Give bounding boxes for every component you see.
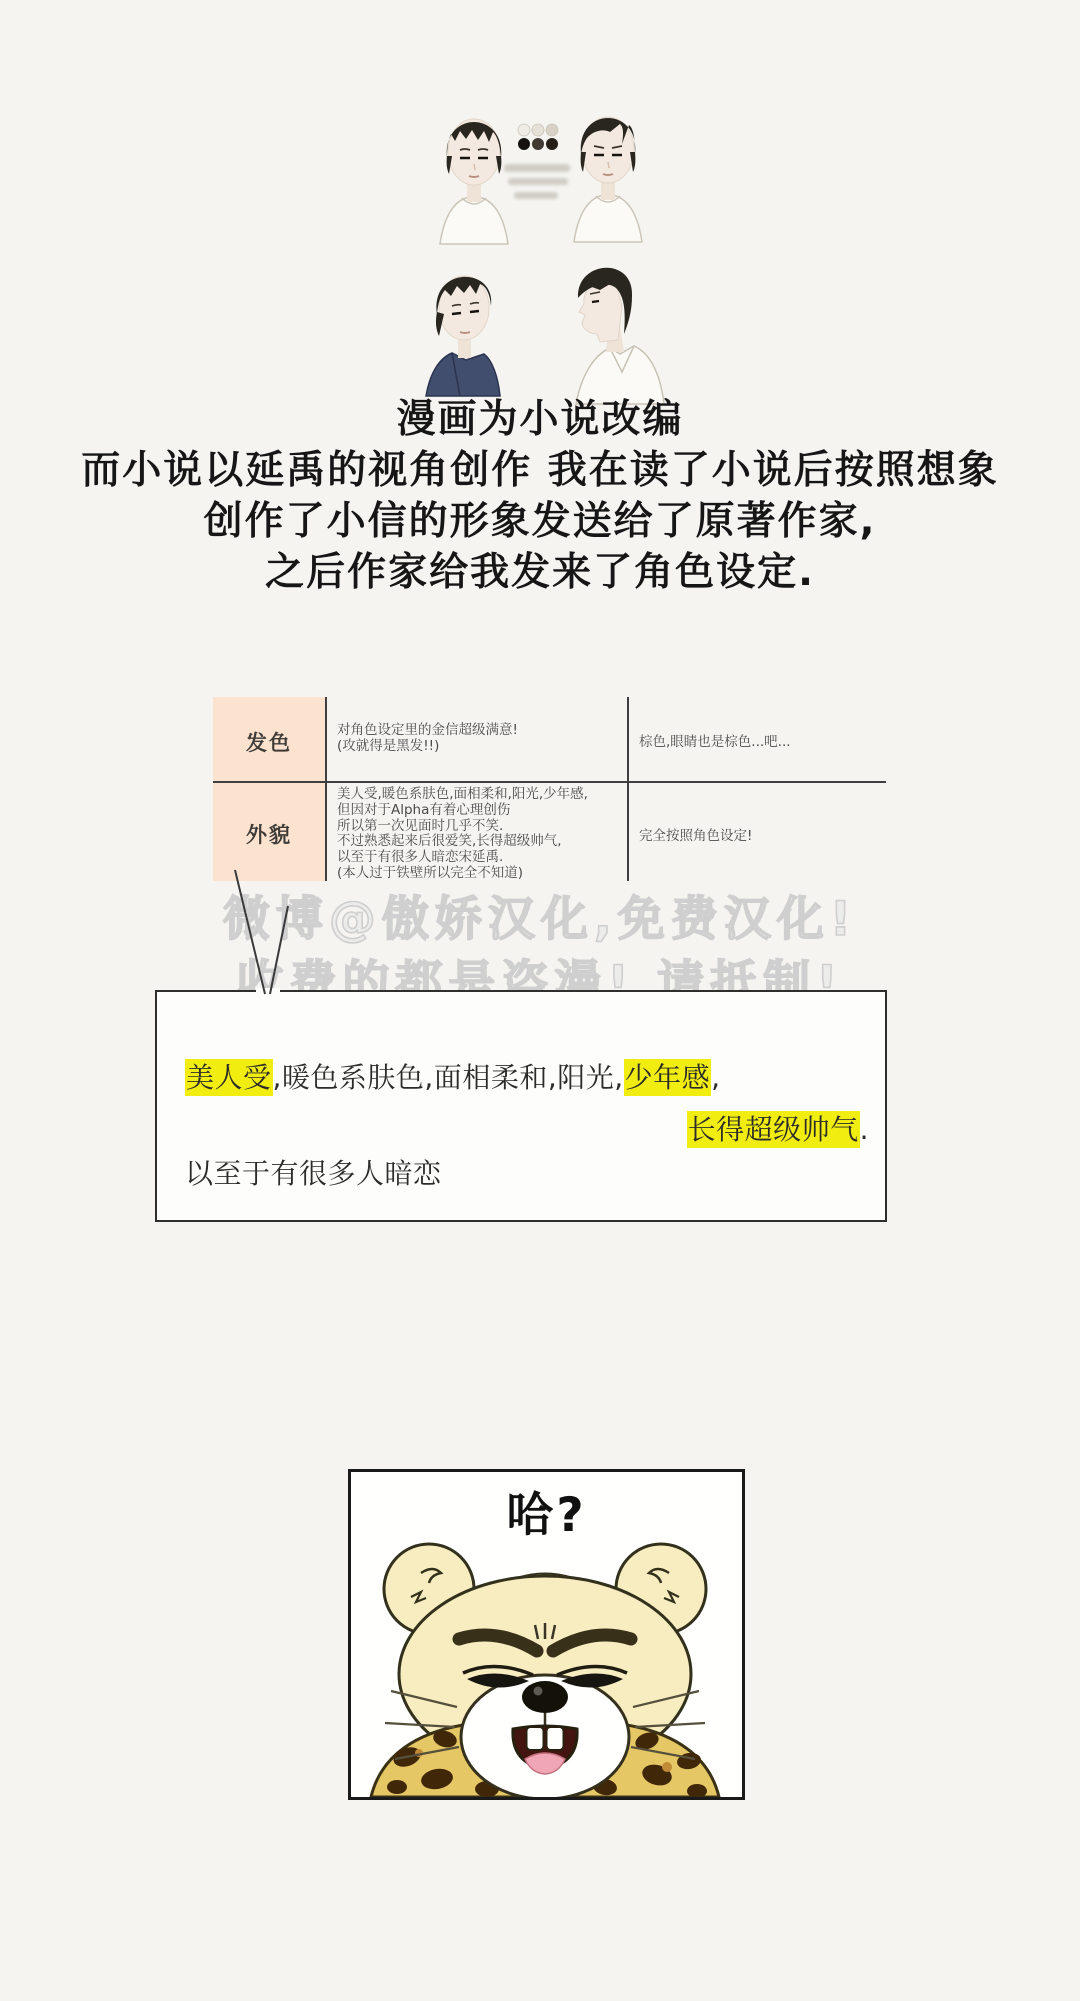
hair-color-comment: 对角色设定里的金信超级满意! (攻就得是黑发!!): [337, 723, 617, 755]
intro-line-3: 创作了小信的形象发送给了原著作家,: [0, 496, 1080, 547]
callout-tail-lines: [210, 858, 310, 998]
bear-tooth-right: [547, 1727, 564, 1750]
table-divider-vertical-1: [325, 697, 327, 881]
appearance-setting: 完全按照角色设定!: [639, 829, 879, 845]
table-header-hair-color: 发色: [213, 727, 325, 757]
character-settings-table: 发色 对角色设定里的金信超级满意! (攻就得是黑发!!) 棕色,眼睛也是棕色..…: [213, 697, 886, 881]
highlighted-text: 少年感: [624, 1059, 712, 1096]
intro-line-4: 之后作家给我发来了角色设定.: [0, 547, 1080, 598]
table-label-column: [213, 697, 325, 881]
comic-panel: 哈?: [348, 1469, 745, 1800]
bear-svg: [367, 1539, 723, 1797]
portrait-profile-white-shirt: [576, 268, 664, 404]
bear-nose: [522, 1681, 568, 1713]
portrait-front-bangs: [440, 119, 508, 244]
appearance-comment: 美人受,暖色系肤色,面相柔和,阳光,少年感, 但因对于Alpha有着心理创伤 所…: [337, 787, 622, 882]
character-design-sheet-illustration: [420, 86, 720, 406]
watermark-line-1: 微博@傲娇汉化,免费汉化!: [0, 882, 1080, 949]
intro-line-1: 漫画为小说改编: [0, 394, 1080, 445]
hair-color-setting: 棕色,眼睛也是棕色...吧...: [639, 735, 879, 751]
quote-box: 美人受,暖色系肤色,面相柔和,阳光,少年感, 长得超级帅气. 以至于有很多人暗恋: [155, 990, 887, 1222]
bear-character-illustration: [367, 1539, 723, 1797]
bear-tooth-left: [527, 1727, 544, 1750]
color-palette-dots: [518, 124, 558, 150]
comic-page: 漫画为小说改编 而小说以延禹的视角创作 我在读了小说后按照想象 创作了小信的形象…: [0, 0, 1080, 2001]
table-divider-horizontal: [213, 781, 886, 783]
portrait-three-quarter-navy: [426, 276, 500, 396]
intro-text-block: 漫画为小说改编 而小说以延禹的视角创作 我在读了小说后按照想象 创作了小信的形象…: [0, 394, 1080, 598]
quote-line-1: 美人受,暖色系肤色,面相柔和,阳光,少年感,: [185, 1056, 721, 1096]
table-divider-vertical-2: [627, 697, 629, 881]
speech-text: 哈?: [351, 1478, 742, 1545]
highlighted-text: 长得超级帅气: [687, 1111, 860, 1148]
table-header-appearance: 外貌: [213, 819, 325, 849]
intro-line-2: 而小说以延禹的视角创作 我在读了小说后按照想象: [0, 445, 1080, 496]
highlighted-text: 美人受: [185, 1059, 273, 1096]
quote-line-3: 以至于有很多人暗恋: [185, 1152, 442, 1192]
quote-line-2: 长得超级帅气.: [687, 1108, 869, 1148]
blurred-notes: [504, 164, 570, 199]
portrait-front-parted: [574, 117, 642, 242]
